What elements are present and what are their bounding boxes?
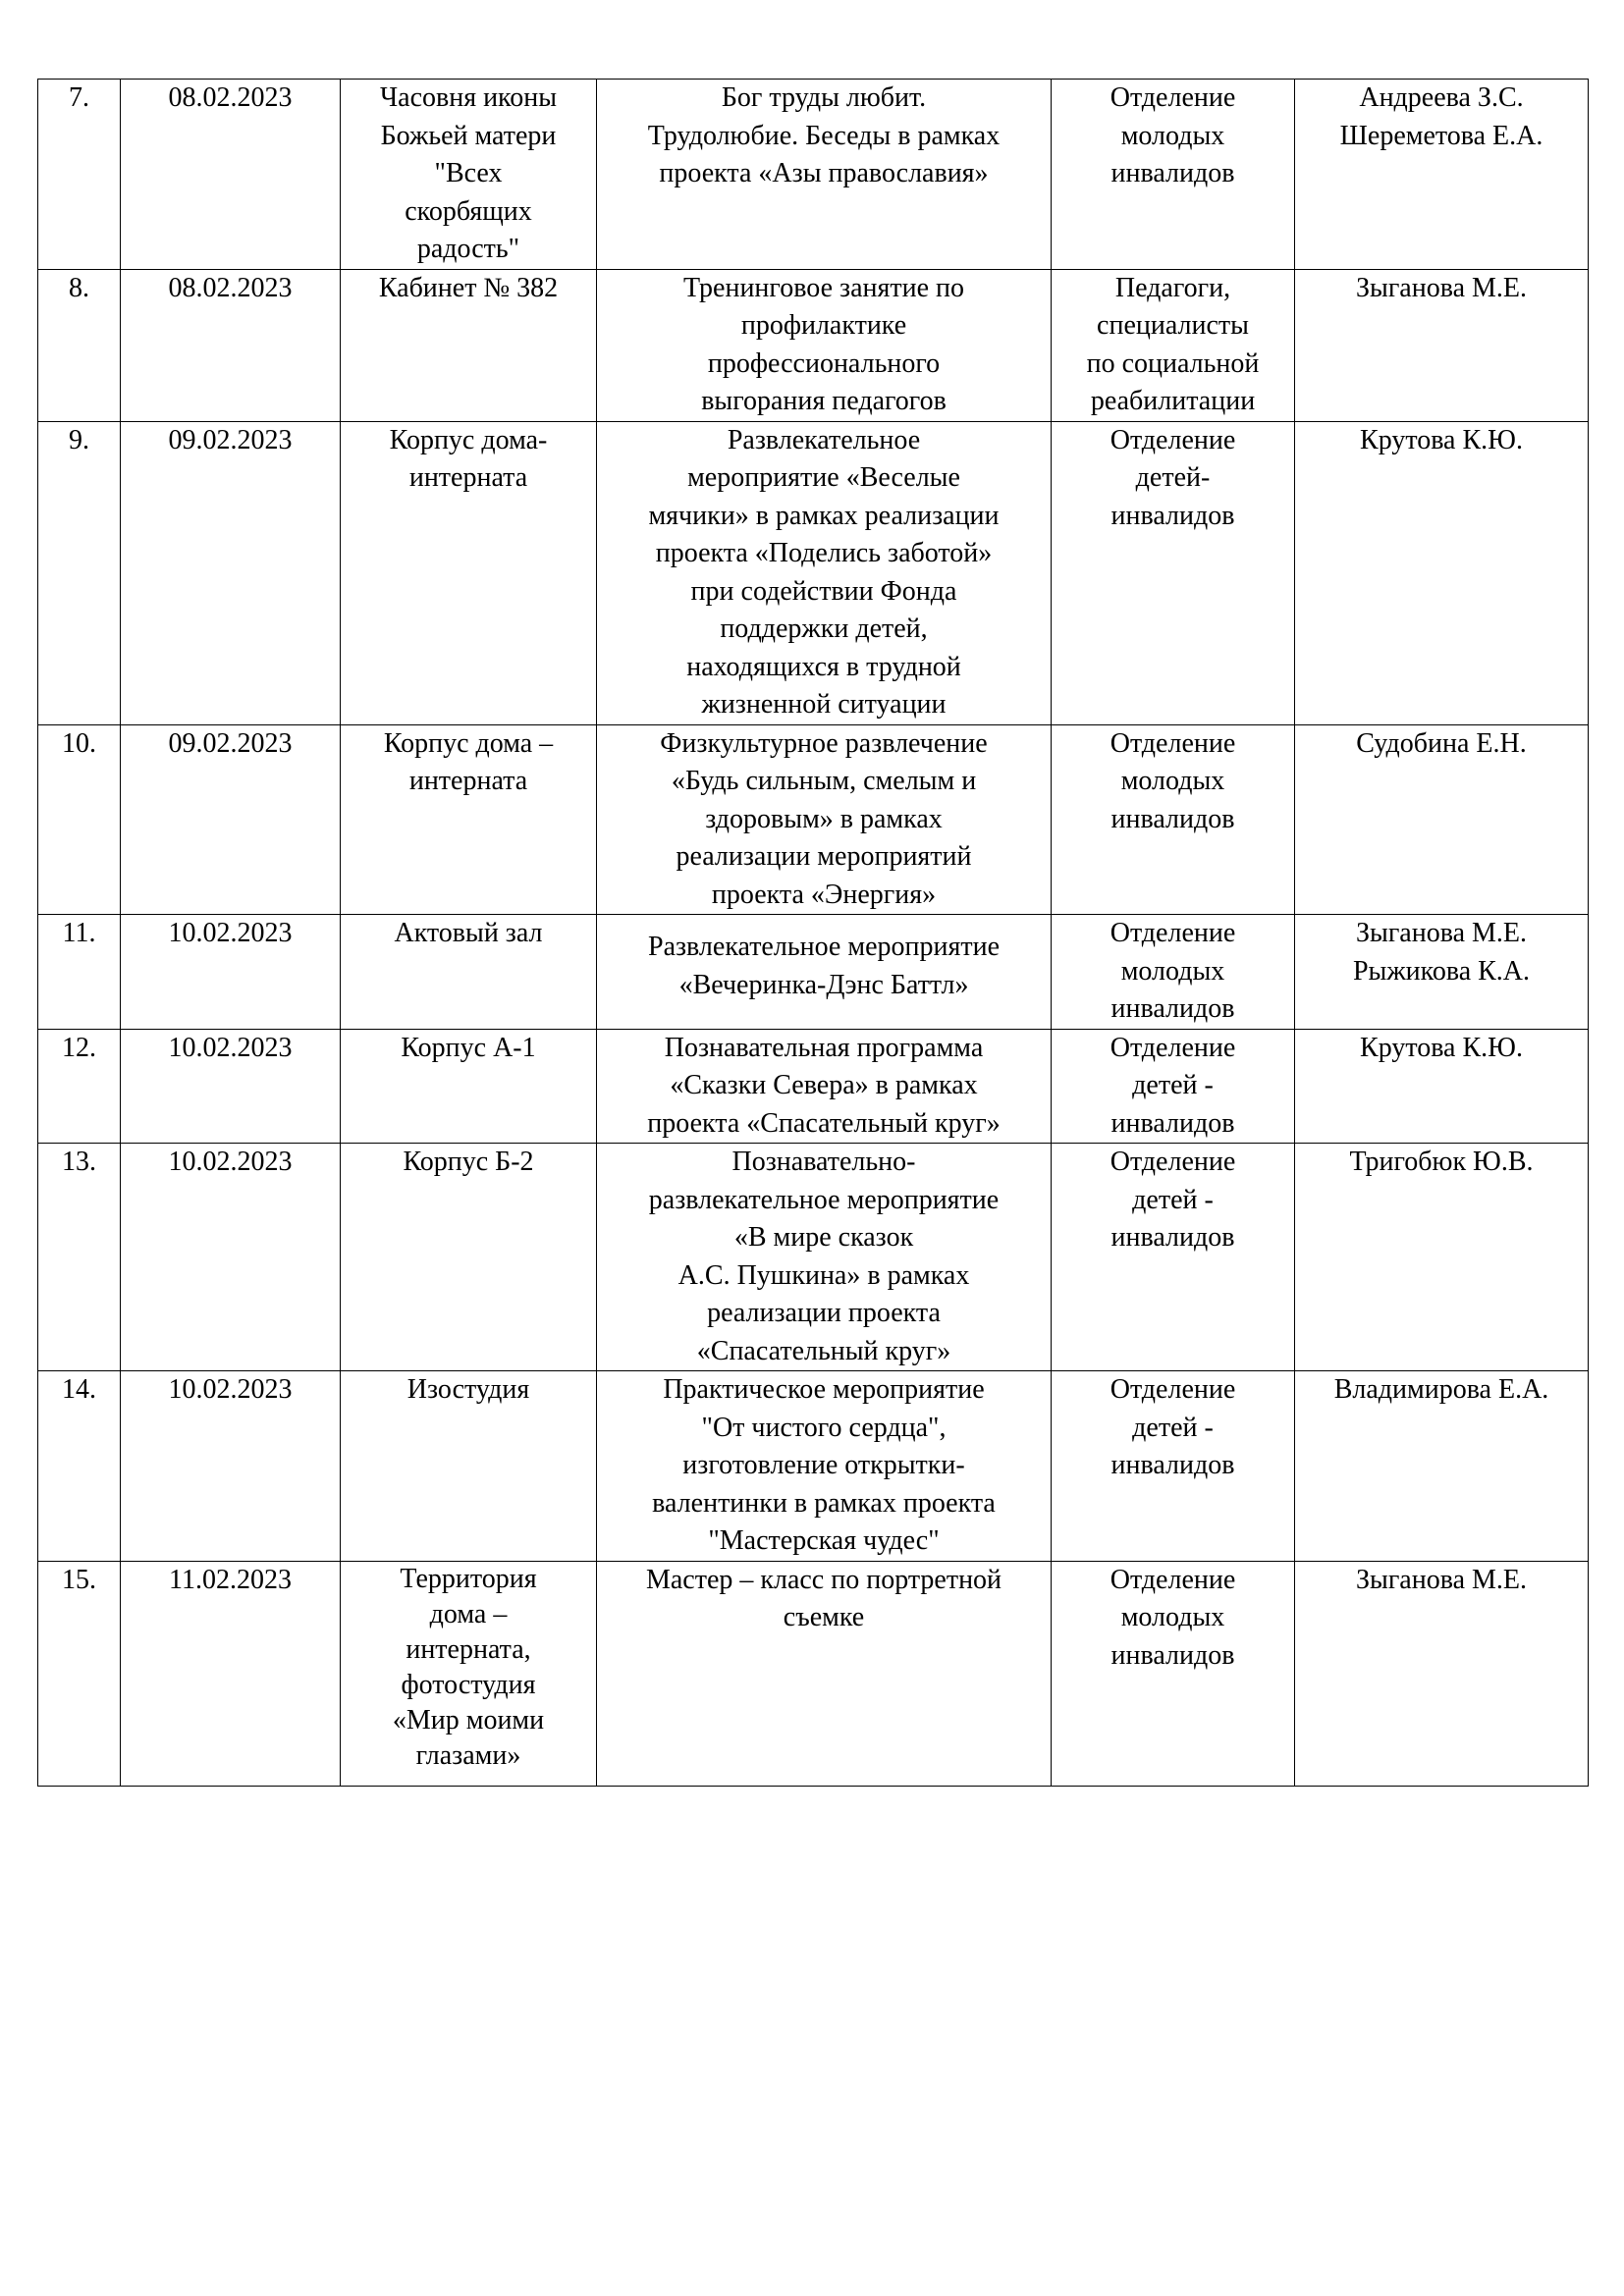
row-number: 14. [38, 1371, 121, 1562]
table-row: 9.09.02.2023Корпус дома- интернатаРазвле… [38, 421, 1589, 724]
event-date: 10.02.2023 [121, 1371, 341, 1562]
table-row: 15.11.02.2023Территория дома – интерната… [38, 1561, 1589, 1786]
event-date: 10.02.2023 [121, 1144, 341, 1371]
event-responsible: Андреева З.С. Шереметова Е.А. [1295, 80, 1589, 270]
event-audience: Отделение детей- инвалидов [1052, 421, 1295, 724]
row-number: 7. [38, 80, 121, 270]
event-responsible: Судобина Е.Н. [1295, 724, 1589, 915]
event-responsible: Крутова К.Ю. [1295, 1029, 1589, 1144]
event-date: 08.02.2023 [121, 269, 341, 421]
event-title: Развлекательное мероприятие «Вечеринка-Д… [597, 915, 1052, 1030]
table-row: 14.10.02.2023ИзостудияПрактическое мероп… [38, 1371, 1589, 1562]
event-title: Развлекательное мероприятие «Веселые мяч… [597, 421, 1052, 724]
event-responsible: Владимирова Е.А. [1295, 1371, 1589, 1562]
row-number: 8. [38, 269, 121, 421]
event-title: Познавательно- развлекательное мероприят… [597, 1144, 1052, 1371]
event-place: Корпус дома – интерната [341, 724, 597, 915]
event-audience: Отделение молодых инвалидов [1052, 724, 1295, 915]
table-row: 8.08.02.2023Кабинет № 382Тренинговое зан… [38, 269, 1589, 421]
event-responsible: Зыганова М.Е. Рыжикова К.А. [1295, 915, 1589, 1030]
event-title: Тренинговое занятие по профилактике проф… [597, 269, 1052, 421]
table-row: 10.09.02.2023Корпус дома – интернатаФизк… [38, 724, 1589, 915]
event-place: Территория дома – интерната, фотостудия … [341, 1561, 597, 1786]
event-place: Корпус А-1 [341, 1029, 597, 1144]
row-number: 15. [38, 1561, 121, 1786]
event-responsible: Зыганова М.Е. [1295, 1561, 1589, 1786]
event-title: Бог труды любит. Трудолюбие. Беседы в ра… [597, 80, 1052, 270]
event-responsible: Крутова К.Ю. [1295, 421, 1589, 724]
event-responsible: Тригобюк Ю.В. [1295, 1144, 1589, 1371]
row-number: 10. [38, 724, 121, 915]
event-audience: Отделение молодых инвалидов [1052, 915, 1295, 1030]
event-title: Познавательная программа «Сказки Севера»… [597, 1029, 1052, 1144]
table-row: 7.08.02.2023Часовня иконы Божьей матери … [38, 80, 1589, 270]
event-audience: Педагоги, специалисты по социальной реаб… [1052, 269, 1295, 421]
row-number: 11. [38, 915, 121, 1030]
event-date: 08.02.2023 [121, 80, 341, 270]
events-schedule-table: 7.08.02.2023Часовня иконы Божьей матери … [37, 79, 1589, 1787]
event-audience: Отделение молодых инвалидов [1052, 1561, 1295, 1786]
event-place: Кабинет № 382 [341, 269, 597, 421]
event-title: Физкультурное развлечение «Будь сильным,… [597, 724, 1052, 915]
event-date: 11.02.2023 [121, 1561, 341, 1786]
table-row: 12.10.02.2023Корпус А-1Познавательная пр… [38, 1029, 1589, 1144]
row-number: 9. [38, 421, 121, 724]
event-place: Актовый зал [341, 915, 597, 1030]
table-row: 13.10.02.2023Корпус Б-2Познавательно- ра… [38, 1144, 1589, 1371]
event-place: Изостудия [341, 1371, 597, 1562]
row-number: 12. [38, 1029, 121, 1144]
event-date: 10.02.2023 [121, 1029, 341, 1144]
table-row: 11.10.02.2023Актовый залРазвлекательное … [38, 915, 1589, 1030]
table-body: 7.08.02.2023Часовня иконы Божьей матери … [38, 80, 1589, 1787]
event-audience: Отделение детей - инвалидов [1052, 1029, 1295, 1144]
event-responsible: Зыганова М.Е. [1295, 269, 1589, 421]
event-title: Мастер – класс по портретной съемке [597, 1561, 1052, 1786]
event-place: Корпус дома- интерната [341, 421, 597, 724]
event-audience: Отделение детей - инвалидов [1052, 1144, 1295, 1371]
row-number: 13. [38, 1144, 121, 1371]
event-title: Практическое мероприятие "От чистого сер… [597, 1371, 1052, 1562]
event-audience: Отделение молодых инвалидов [1052, 80, 1295, 270]
event-date: 09.02.2023 [121, 421, 341, 724]
event-date: 10.02.2023 [121, 915, 341, 1030]
event-place: Корпус Б-2 [341, 1144, 597, 1371]
event-place: Часовня иконы Божьей матери "Всех скорбя… [341, 80, 597, 270]
event-date: 09.02.2023 [121, 724, 341, 915]
event-audience: Отделение детей - инвалидов [1052, 1371, 1295, 1562]
